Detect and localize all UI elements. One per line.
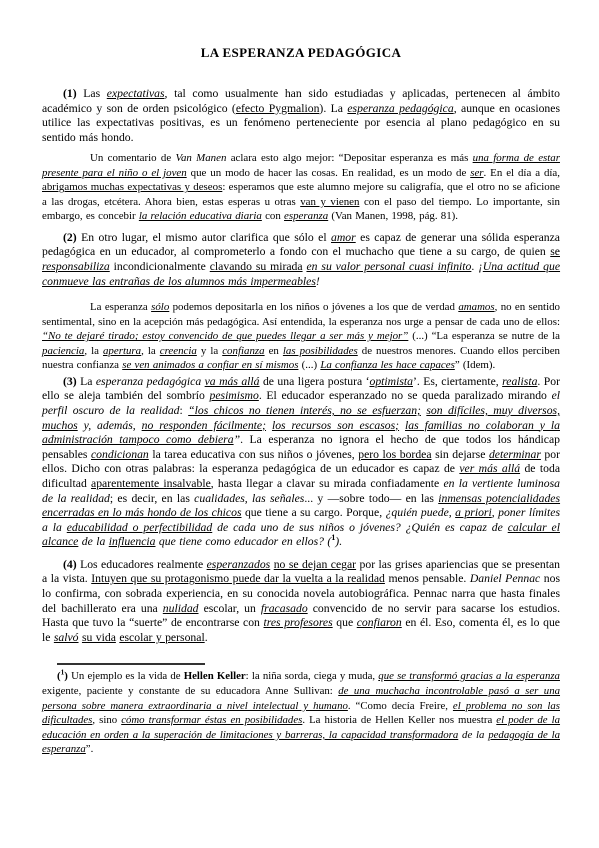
text-run: sin dejarse (432, 448, 489, 461)
text-run: tres profesores (264, 616, 333, 629)
text-run: paciencia (42, 345, 84, 357)
text-run: ; es decir, en las (110, 492, 194, 505)
text-run: Van Manen (176, 152, 227, 164)
text-run: van y vienen (300, 196, 359, 208)
text-run: . (205, 631, 208, 644)
text-run: Daniel Pennac (470, 572, 540, 585)
text-run: Un ejemplo es la vida de (71, 670, 184, 682)
text-run: condicionan (91, 448, 149, 461)
text-run: , la (84, 345, 103, 357)
text-run: . En el día a día, (484, 167, 560, 179)
text-run: confianza (222, 345, 264, 357)
text-run: En otro lugar, el mismo autor clarifica … (81, 231, 331, 244)
text-run: aparentemente insalvable (91, 477, 211, 490)
text-run: Un comentario de (90, 152, 176, 164)
text-run: sólo (151, 301, 169, 313)
text-run: cualidades, las señales (194, 492, 304, 505)
text-run: influencia (109, 535, 156, 548)
text-run: “los chicos no tienen interés, no se esf… (188, 404, 421, 417)
text-run: confiaron (357, 616, 402, 629)
text-run: (Van Manen, 1998, pág. 81). (328, 210, 458, 222)
text-run: responsabiliza (42, 260, 110, 273)
text-run: La confianza les hace capaces (320, 359, 454, 371)
text-run: se ven animados a confiar en sí mismos (122, 359, 298, 371)
text-run: , la (141, 345, 160, 357)
text-run: La (80, 375, 96, 388)
text-run: ” (Idem). (455, 359, 495, 371)
text-run: salvó (54, 631, 79, 644)
text-run: ). (335, 535, 342, 548)
text-run: apertura (103, 345, 141, 357)
text-run: ser (470, 167, 483, 179)
text-run: ). La (319, 102, 347, 115)
text-run: su vida (82, 631, 116, 644)
text-run: no se dejan cegar (274, 558, 356, 571)
text-run: : la niña sorda, ciega y muda, (246, 670, 379, 682)
text-run: clavando su mirada (210, 260, 303, 273)
text-run: la relación educativa diaria (139, 210, 262, 222)
text-run: la tarea educativa con sus niños o jóven… (149, 448, 358, 461)
text-run: se (550, 245, 560, 258)
text-run: incondicionalmente (110, 260, 210, 273)
text-run: esperanza pedagógica (96, 375, 201, 388)
paragraph-4: (4) Los educadores realmente esperanzado… (42, 558, 560, 646)
text-run: ! (316, 275, 320, 288)
text-run: . El educador esperanzado no se queda pa… (259, 389, 552, 402)
text-run: expectativas (107, 87, 165, 100)
text-run: , hasta llegar a clavar su mirada confia… (211, 477, 444, 490)
paragraph-1: (1) Las expectativas, tal como usualment… (42, 87, 560, 145)
text-run: en su valor personal cuasi infinito (306, 260, 471, 273)
text-run: exigente, paciente y constante de su edu… (42, 685, 338, 697)
text-run: a priori (455, 506, 492, 519)
text-run: menos pensable. (385, 572, 470, 585)
paragraph-3: (3) La esperanza pedagógica va más allá … (42, 375, 560, 550)
text-run: fracasado (261, 602, 308, 615)
text-run: . La historia de Hellen Keller nos muest… (302, 714, 496, 726)
text-run: que tiene como educador en ellos? ( (155, 535, 331, 548)
text-run: : (180, 404, 189, 417)
text-run: las posibilidades (283, 345, 358, 357)
text-run: educabilidad o perfectibilidad (67, 521, 212, 534)
text-run: esperanza pedagógica (347, 102, 453, 115)
paragraph-2: (2) En otro lugar, el mismo autor clarif… (42, 231, 560, 289)
text-run: “No te dejaré tirado; estoy convencido d… (42, 330, 408, 342)
document-page: LA ESPERANZA PEDAGÓGICA (1) Las expectat… (0, 0, 599, 848)
block-quote-van-manen: Un comentario de Van Manen aclara esto a… (42, 151, 560, 224)
text-run: con (262, 210, 284, 222)
text-run: aclara esto algo mejor: “Depositar esper… (226, 152, 472, 164)
footnote-separator (57, 663, 205, 665)
text-run: va más allá (205, 375, 260, 388)
text-run: que se transformó gracias a la esperanza (378, 670, 560, 682)
text-run: (...) “La esperanza se nutre de la (408, 330, 560, 342)
text-run: amor (331, 231, 356, 244)
text-run: (...) (298, 359, 320, 371)
text-run: que (333, 616, 357, 629)
text-run: (2) (63, 231, 81, 244)
text-run: cómo transformar éstas en posibilidades (121, 714, 302, 726)
text-run: (4) (63, 558, 80, 571)
text-run: (3) (63, 375, 80, 388)
text-run: ”. (86, 743, 94, 755)
text-run: ’. Es, ciertamente, (413, 375, 502, 388)
text-run: creencia (160, 345, 197, 357)
text-run: esperanza (284, 210, 328, 222)
text-run: y la (197, 345, 222, 357)
text-run: no responden fácilmente; (142, 419, 266, 432)
text-run: escolar, un (199, 602, 261, 615)
text-run: . “Como decía Freire, (348, 700, 453, 712)
text-run: Hellen Keller (184, 670, 246, 682)
text-run: optimista (369, 375, 413, 388)
text-run: (1) (63, 87, 83, 100)
text-run: La esperanza (90, 301, 151, 313)
text-run: , sino (92, 714, 121, 726)
text-run: ver más allá (459, 462, 520, 475)
text-run: realista (502, 375, 537, 388)
text-run: ... y —sobre todo— en las (304, 492, 438, 505)
text-run: que tiene a su cargo. Porque, (242, 506, 386, 519)
text-run: podemos depositarla en los niños o jóven… (169, 301, 458, 313)
text-run: Intuyen que su protagonismo puede dar la… (91, 572, 385, 585)
text-run: en (265, 345, 283, 357)
text-run: escolar y personal (119, 631, 204, 644)
text-run: amamos (458, 301, 494, 313)
text-run: abrigamos muchas expectativas y deseos (42, 181, 222, 193)
text-run: de una ligera postura ‘ (260, 375, 370, 388)
text-run: esperanzados (207, 558, 271, 571)
text-run: pesimismo (209, 389, 258, 402)
text-run: de la (78, 535, 108, 548)
text-run: Los educadores realmente (80, 558, 207, 571)
text-run: y, además, (78, 419, 142, 432)
text-run: nulidad (163, 602, 199, 615)
document-title: LA ESPERANZA PEDAGÓGICA (42, 45, 560, 61)
text-run: de cada uno de sus niños o jóvenes? ¿Qui… (212, 521, 507, 534)
text-run: de la (458, 729, 488, 741)
text-run: pero los bordea (358, 448, 431, 461)
text-run: efecto Pygmalion (236, 102, 320, 115)
text-run: que un modo de hacer las cosas. En reali… (187, 167, 471, 179)
footnote: (1) Un ejemplo es la vida de Hellen Kell… (42, 669, 560, 757)
text-run: determinar (489, 448, 541, 461)
block-quote-esperanza: La esperanza sólo podemos depositarla en… (42, 300, 560, 373)
text-run: ¿quién puede, (386, 506, 456, 519)
text-run: Las (83, 87, 107, 100)
text-run: los recursos son escasos; (272, 419, 399, 432)
